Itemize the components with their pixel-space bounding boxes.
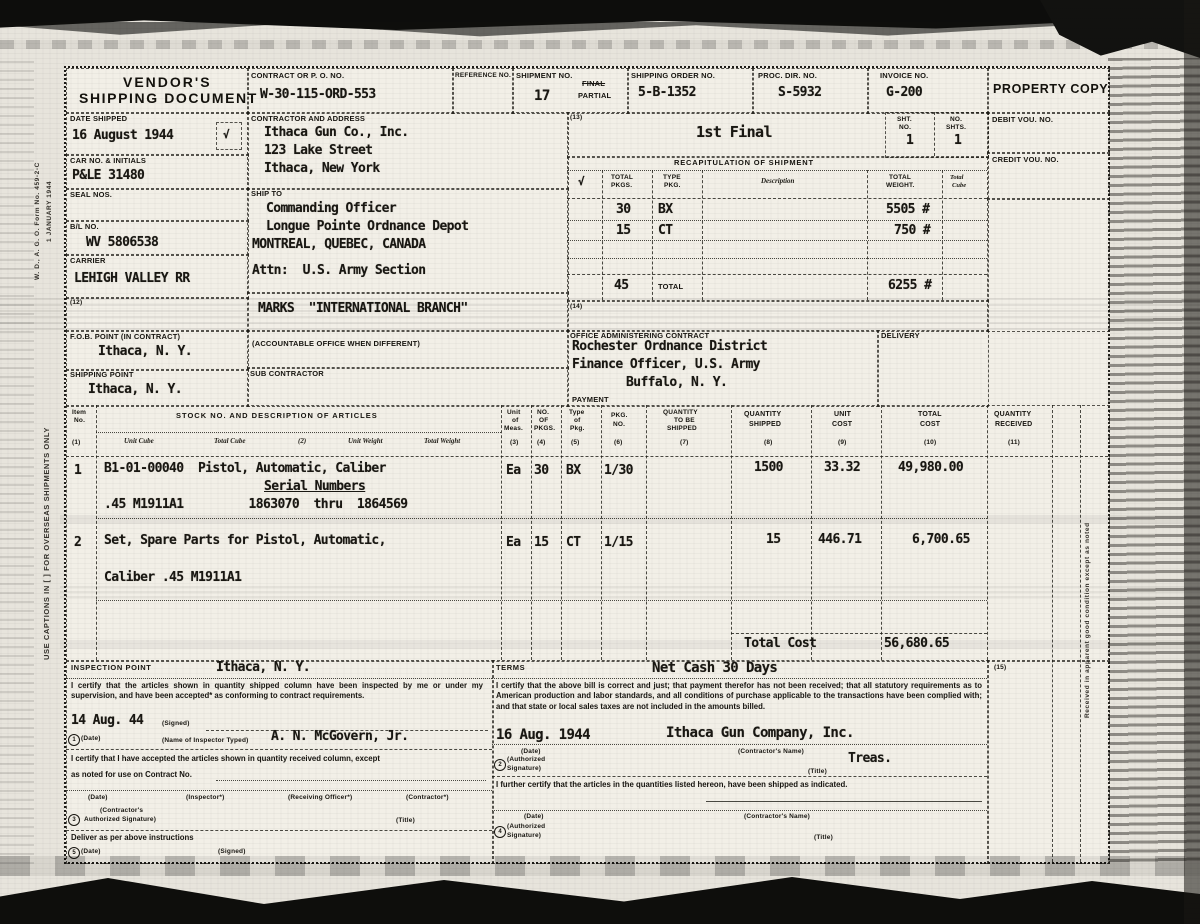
rule (811, 405, 812, 660)
recap-row-type: CT (658, 224, 672, 239)
terms-cert-text: I certify that the above bill is correct… (496, 681, 982, 712)
contractor-address-label: CONTRACTOR AND ADDRESS (251, 115, 365, 123)
col-unit-h2: of (512, 417, 519, 424)
signed-label: (Signed) (162, 720, 190, 727)
rule (96, 518, 987, 519)
col-pkgno-h1: PKG. (611, 412, 628, 419)
rule (1052, 405, 1053, 862)
seal-nos-label: SEAL NOS. (70, 191, 112, 199)
rule (731, 633, 987, 634)
col-type-h3: Pkg. (570, 425, 585, 432)
col-uc-h1: UNIT (834, 411, 851, 419)
col-stock-sub-2: (2) (298, 438, 306, 446)
recap-row-weight: 750 # (894, 224, 930, 239)
col-stock-sub-total-cube: Total Cube (214, 438, 245, 446)
contractor-auth-sig-label-1: (Contractor's (100, 807, 143, 814)
col-qr-h3: (11) (1008, 439, 1020, 446)
proc-dir-no-value: S-5932 (778, 86, 821, 101)
inspector-name-value: A. N. McGovern, Jr. (271, 730, 408, 745)
rule (96, 432, 501, 433)
recap-row-type: BX (658, 203, 672, 218)
company-name-value: Ithaca Gun Company, Inc. (666, 725, 854, 741)
sheet-no-value: 1 (906, 134, 913, 149)
recap-col-cube-1: Total (950, 174, 964, 181)
terms-value: Net Cash 30 Days (652, 660, 777, 676)
rule (531, 405, 532, 660)
shipping-order-no-label: SHIPPING ORDER NO. (631, 72, 715, 80)
scan-noise (0, 874, 1200, 924)
contractor-name-label: (Contractor's Name) (738, 748, 804, 755)
left-title-label: (Title) (396, 817, 415, 824)
col-qtb-h2: TO BE (674, 417, 695, 424)
rule (96, 405, 97, 660)
rule (567, 274, 987, 275)
rule (601, 405, 602, 660)
form-box (987, 198, 1110, 332)
fob-point-value: Ithaca, N. Y. (98, 345, 192, 360)
col-type-h4: (5) (571, 439, 580, 446)
col-qs-h3: (8) (764, 439, 773, 446)
col-stock-sub-unit-cube: Unit Cube (124, 438, 154, 446)
ship-to-line2: Longue Pointe Ordnance Depot (266, 220, 468, 235)
col-unit-h3: Meas. (504, 425, 523, 432)
carrier-label: CARRIER (70, 257, 106, 265)
col-qtb-h3: SHIPPED (667, 425, 697, 432)
row2-unit-cost: 446.71 (818, 533, 861, 548)
rule (492, 810, 987, 811)
recap-col-type-2: PKG. (664, 182, 681, 189)
scan-noise (0, 58, 34, 864)
col-pkgs-h2: OF (539, 417, 548, 424)
col-item-h1: Item (72, 409, 86, 416)
partial-label: PARTIAL (578, 92, 611, 100)
rule (561, 405, 562, 660)
col-pkgs-h1: NO. (537, 409, 549, 416)
scan-noise (0, 40, 1200, 49)
recap-title: RECAPITULATION OF SHIPMENT (674, 159, 814, 167)
tag-12: (12) (70, 299, 82, 306)
form-date-margin-text: 1 JANUARY 1944 (46, 82, 54, 242)
scan-noise (1184, 0, 1200, 924)
deliver-instructions-text: Deliver as per above instructions (71, 833, 371, 843)
inspection-date-label: (Date) (81, 735, 101, 742)
form-number-margin-text: W. D., A. G. O. Form No. 459-2-C (34, 70, 42, 280)
rule (66, 678, 492, 679)
contractor-line2: 123 Lake Street (264, 144, 372, 159)
col-pkgs-h3: PKGS. (534, 425, 555, 432)
contractor-line1: Ithaca Gun Co., Inc. (264, 126, 409, 141)
col-tc-h1: TOTAL (918, 411, 942, 419)
sheet-no-label-1: SHT. (897, 116, 912, 123)
rule (492, 776, 987, 777)
col-unit-h4: (3) (510, 439, 519, 446)
tag-14: (14) (570, 303, 582, 310)
rule (731, 405, 732, 660)
col-stock-sub-total-weight: Total Weight (424, 438, 460, 446)
inspection-cert-text: I certify that the articles shown in qua… (71, 681, 483, 702)
scan-noise (0, 22, 1200, 38)
row2-item-no: 2 (74, 536, 81, 551)
document-title-line2: SHIPPING DOCUMENT (79, 90, 258, 106)
accept-cert-text-2: as noted for use on Contract No. (71, 770, 487, 780)
office-admin-line1: Rochester Ordnance District (572, 340, 767, 355)
rule (702, 170, 703, 300)
recap-row-weight: 5505 # (886, 203, 929, 218)
col-qr-h2: RECEIVED (995, 421, 1032, 429)
total-cost-value: 56,680.65 (884, 637, 949, 652)
recap-row-pkgs: 15 (616, 224, 630, 239)
recap-col-cube-2: Cube (952, 182, 966, 189)
rule (867, 170, 868, 300)
proc-dir-no-label: PROC. DIR. NO. (758, 72, 817, 80)
invoice-no-label: INVOICE NO. (880, 72, 928, 80)
authorized-sig2-label-2: Signature) (507, 832, 541, 839)
sig-row-receiving-officer-label: (Receiving Officer*) (288, 794, 352, 801)
office-admin-line2: Finance Officer, U.S. Army (572, 358, 760, 373)
contractor-name-label-2: (Contractor's Name) (744, 813, 810, 820)
carrier-value: LEHIGH VALLEY RR (74, 272, 190, 287)
tag-15: (15) (994, 664, 1006, 671)
col-stock-header: STOCK NO. AND DESCRIPTION OF ARTICLES (176, 412, 378, 420)
rule (501, 405, 502, 660)
col-tc-h3: (10) (924, 439, 936, 446)
office-admin-line3: Buffalo, N. Y. (626, 376, 727, 391)
inspector-typed-label: (Name of Inspector Typed) (162, 737, 249, 744)
circled-number-2: 2 (494, 759, 506, 771)
shipment-no-label: SHIPMENT NO. (516, 72, 573, 80)
col-pkgno-h3: (6) (614, 439, 623, 446)
shipping-point-label: SHIPPING POINT (70, 371, 134, 379)
col-qs-h2: SHIPPED (749, 421, 781, 429)
terms-date-value: 16 Aug. 1944 (496, 727, 590, 743)
rule (567, 220, 987, 221)
tag-13: (13) (570, 114, 582, 121)
shipping-point-value: Ithaca, N. Y. (88, 383, 182, 398)
title-label-2: (Title) (814, 834, 833, 841)
inspection-point-value: Ithaca, N. Y. (216, 661, 310, 676)
rule (567, 198, 987, 199)
col-type-h1: Type (569, 409, 585, 416)
col-qs-h1: QUANTITY (744, 411, 781, 419)
date-shipped-label: DATE SHIPPED (70, 115, 127, 123)
bottom-date-label: (Date) (81, 848, 101, 855)
authorized-sig-label-1: (Authorized (507, 756, 545, 763)
recap-col-weight-2: WEIGHT. (886, 182, 914, 189)
no-sheets-value: 1 (954, 134, 961, 149)
row1-pkg-no: 1/30 (604, 464, 633, 479)
recap-total-label: TOTAL (658, 283, 683, 291)
total-cost-label: Total Cost (744, 637, 816, 652)
col-pkgno-h2: NO. (613, 421, 625, 428)
scan-noise (0, 0, 1200, 30)
credit-voucher-label: CREDIT VOU. NO. (992, 156, 1059, 164)
shipping-order-no-value: 5-B-1352 (638, 86, 696, 101)
title-label: (Title) (808, 768, 827, 775)
row2-pkg-no: 1/15 (604, 536, 633, 551)
delivery-label: DELIVERY (881, 332, 920, 340)
car-no-label: CAR NO. & INITIALS (70, 157, 146, 165)
recap-col-pkgs-1: TOTAL (611, 174, 633, 181)
rule (567, 170, 987, 171)
rule (66, 456, 1108, 457)
row2-unit-meas: Ea (506, 536, 520, 551)
sheet-no-label-2: NO. (899, 124, 911, 131)
marks-line: MARKS "INTERNATIONAL BRANCH" (258, 302, 468, 317)
row1-total-cost: 49,980.00 (898, 461, 963, 476)
form-box (66, 297, 249, 332)
recap-col-type-1: TYPE (663, 174, 681, 181)
rule (492, 678, 987, 679)
no-sheets-label-1: NO. (950, 116, 962, 123)
debit-voucher-label: DEBIT VOU. NO. (992, 116, 1053, 124)
circled-number-3: 3 (68, 814, 80, 826)
final-label: FINAL (582, 80, 605, 88)
form-box (567, 300, 989, 332)
row2-no-pkgs: 15 (534, 536, 548, 551)
shipment-status-value: 1st Final (696, 124, 772, 141)
rule (96, 600, 987, 601)
authorized-sig2-label-1: (Authorized (507, 823, 545, 830)
document-title: VENDOR'S (123, 74, 212, 90)
row1-unit-meas: Ea (506, 464, 520, 479)
oversea-caption-margin-text: USE CAPTIONS IN [ ] FOR OVERSEAS SHIPMEN… (42, 250, 51, 660)
rule (881, 405, 882, 660)
col-item-h3: (1) (72, 439, 81, 446)
rule (646, 405, 647, 660)
rule (567, 258, 987, 259)
rule (567, 240, 987, 241)
rule (934, 112, 935, 156)
scanned-shipping-document-page: W. D., A. G. O. Form No. 459-2-C 1 JANUA… (0, 0, 1200, 924)
row1-description-line1: B1-01-00040 Pistol, Automatic, Caliber (104, 462, 386, 477)
recap-check-header: √ (578, 176, 584, 189)
recap-total-weight: 6255 # (888, 279, 931, 294)
reference-no-label: REFERENCE NO. (455, 72, 511, 79)
rule (492, 744, 987, 745)
circled-number-5: 5 (68, 847, 80, 859)
row1-type-pkg: BX (566, 464, 580, 479)
contractor-auth-sig-label-2: Authorized Signature) (84, 816, 156, 823)
no-sheets-label-2: SHTS. (946, 124, 966, 131)
recap-col-pkgs-2: PKGS. (611, 182, 632, 189)
rule (987, 405, 988, 660)
sig-row-contractor-label: (Contractor*) (406, 794, 449, 801)
col-qr-h1: QUANTITY (994, 411, 1031, 419)
inspection-point-label: INSPECTION POINT (71, 664, 151, 672)
treasurer-title-value: Treas. (848, 752, 891, 767)
authorized-sig-label-2: Signature) (507, 765, 541, 772)
circled-number-4: 4 (494, 826, 506, 838)
col-tc-h2: COST (920, 421, 940, 429)
row2-total-cost: 6,700.65 (912, 533, 970, 548)
rule (66, 790, 492, 791)
row2-type-pkg: CT (566, 536, 580, 551)
row2-description-line1: Set, Spare Parts for Pistol, Automatic, (104, 534, 386, 549)
sig-row-date-label: (Date) (88, 794, 108, 801)
row1-item-no: 1 (74, 464, 81, 479)
col-qtb-h4: (7) (680, 439, 689, 446)
further-cert-text: I further certify that the articles in t… (496, 780, 982, 790)
contractor-line3: Ithaca, New York (264, 162, 380, 177)
inspection-date-value: 14 Aug. 44 (71, 714, 143, 729)
rule (66, 830, 492, 831)
rule (652, 170, 653, 300)
col-type-h2: of (574, 417, 581, 424)
rule (66, 749, 492, 750)
row1-qty-shipped: 1500 (754, 461, 783, 476)
fob-point-label: F.O.B. POINT (IN CONTRACT) (70, 333, 180, 341)
property-copy-label: PROPERTY COPY (993, 82, 1108, 96)
accept-cert-text-1: I certify that I have accepted the artic… (71, 754, 487, 764)
row1-no-pkgs: 30 (534, 464, 548, 479)
scan-noise (1108, 58, 1200, 864)
contract-no-label: CONTRACT OR P. O. NO. (251, 72, 344, 80)
date-shipped-checkmark: √ (223, 129, 229, 142)
ship-to-label: SHIP TO (251, 190, 282, 198)
col-item-h2: No. (74, 417, 85, 424)
col-pkgs-h4: (4) (537, 439, 546, 446)
rule (706, 801, 982, 802)
shipment-no-value: 17 (534, 88, 550, 104)
form-box (247, 330, 569, 369)
recap-row-pkgs: 30 (616, 203, 630, 218)
quantity-received-margin-caption: Received in apparent good condition exce… (1084, 418, 1092, 718)
recap-col-weight-1: TOTAL (889, 174, 911, 181)
rule (602, 170, 603, 300)
shipping-document-form: VENDOR'S SHIPPING DOCUMENT CONTRACT OR P… (64, 66, 1110, 864)
rule (942, 170, 943, 300)
col-qtb-h1: QUANTITY (663, 409, 698, 416)
bottom-signed-label: (Signed) (218, 848, 246, 855)
invoice-no-value: G-200 (886, 86, 922, 101)
bl-no-value: WV 5806538 (86, 236, 158, 251)
contract-no-value: W-30-115-ORD-553 (260, 88, 376, 103)
date-shipped-value: 16 August 1944 (72, 129, 173, 144)
col-unit-h1: Unit (507, 409, 520, 416)
terms-date-label-2: (Date) (524, 813, 544, 820)
recap-total-pkgs: 45 (614, 279, 628, 294)
row1-unit-cost: 33.32 (824, 461, 860, 476)
recap-col-description: Description (761, 178, 794, 186)
col-uc-h3: (9) (838, 439, 847, 446)
terms-label: TERMS (496, 664, 525, 672)
row1-description-line3: .45 M1911A1 1863070 thru 1864569 (104, 498, 408, 513)
sig-row-inspector-label: (Inspector*) (186, 794, 225, 801)
accountable-office-label: (ACCOUNTABLE OFFICE WHEN DIFFERENT) (252, 340, 420, 348)
ship-to-attn: Attn: U.S. Army Section (252, 264, 425, 279)
col-uc-h2: COST (832, 421, 852, 429)
row2-qty-shipped: 15 (766, 533, 780, 548)
ship-to-line1: Commanding Officer (266, 202, 396, 217)
row2-description-line2: Caliber .45 M1911A1 (104, 571, 241, 586)
row1-description-line2: Serial Numbers (264, 480, 365, 495)
sub-contractor-label: SUB CONTRACTOR (250, 370, 324, 378)
circled-number-1: 1 (68, 734, 80, 746)
rule (1080, 405, 1081, 862)
bl-no-label: B/L NO. (70, 223, 99, 231)
form-box (877, 330, 989, 407)
scan-noise (1040, 0, 1200, 58)
ship-to-line3: MONTREAL, QUEBEC, CANADA (252, 238, 425, 253)
col-stock-sub-unit-weight: Unit Weight (348, 438, 383, 446)
payment-label: PAYMENT (572, 396, 609, 404)
car-no-value: P&LE 31480 (72, 169, 144, 184)
terms-date-label: (Date) (521, 748, 541, 755)
